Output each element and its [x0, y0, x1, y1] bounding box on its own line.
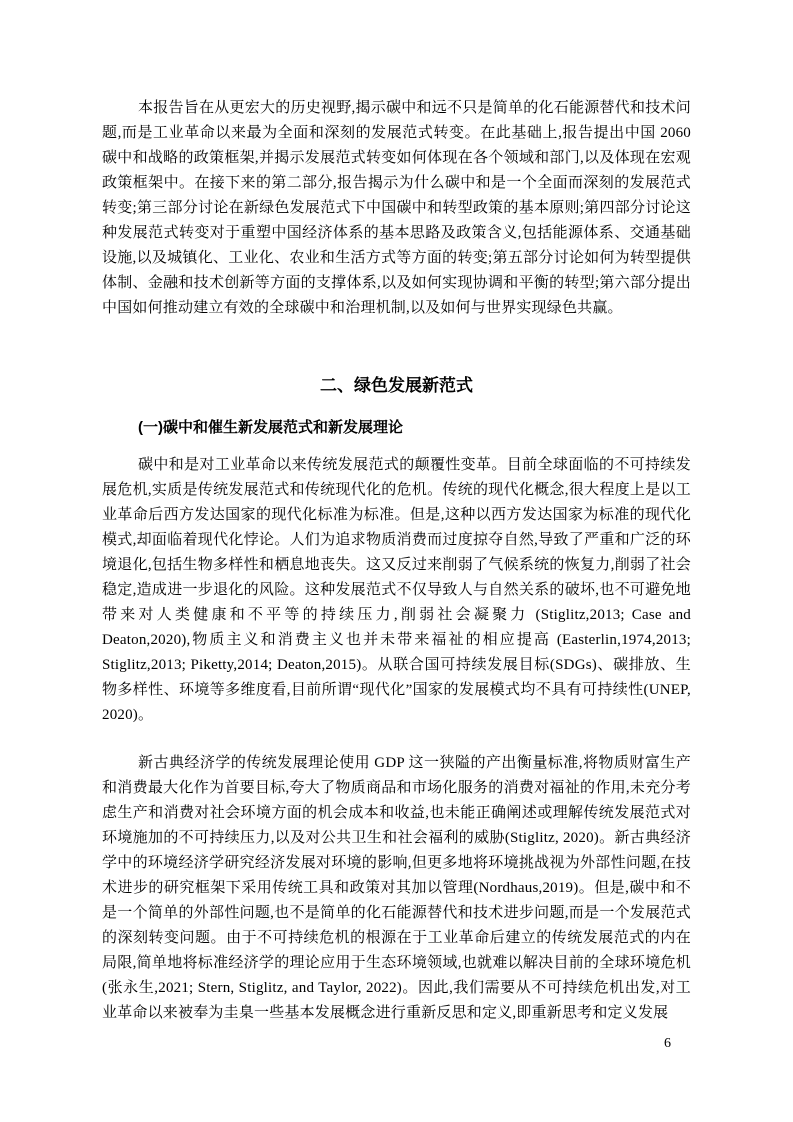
section-paragraph-2: 新古典经济学的传统发展理论使用 GDP 这一狭隘的产出衡量标准,将物质财富生产和… — [102, 751, 691, 1026]
section-heading: 二、绿色发展新范式 — [102, 373, 691, 399]
page-footer: 6 — [102, 1034, 691, 1054]
page-number: 6 — [664, 1036, 671, 1051]
subsection-heading: (一)碳中和催生新发展范式和新发展理论 — [102, 415, 691, 440]
section-paragraph-1: 碳中和是对工业革命以来传统发展范式的颠覆性变革。目前全球面临的不可持续发展危机,… — [102, 453, 691, 728]
document-page: 本报告旨在从更宏大的历史视野,揭示碳中和远不只是简单的化石能源替代和技术问题,而… — [0, 0, 793, 1122]
intro-paragraph: 本报告旨在从更宏大的历史视野,揭示碳中和远不只是简单的化石能源替代和技术问题,而… — [102, 96, 691, 321]
page-content: 本报告旨在从更宏大的历史视野,揭示碳中和远不只是简单的化石能源替代和技术问题,而… — [102, 96, 691, 1026]
